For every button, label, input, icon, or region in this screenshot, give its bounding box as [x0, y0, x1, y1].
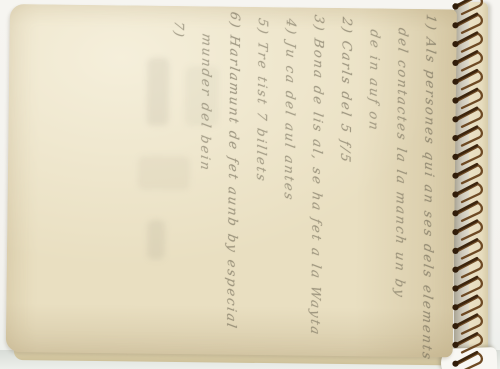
notebook-photo: 1) Als persones qui an ses dels elements…: [0, 0, 500, 369]
spiral-coil: [452, 89, 481, 108]
notebook-page: 1) Als persones qui an ses dels elements…: [6, 4, 457, 357]
spiral-coil: [452, 239, 481, 258]
handwritten-line: 6) Harlamunt de fet aunb by especial: [216, 9, 248, 366]
spiral-coil: [452, 51, 481, 70]
spiral-coil: [452, 352, 481, 369]
handwritten-line: munder del bein: [188, 31, 220, 366]
spiral-coil: [452, 277, 481, 296]
spiral-binding: [440, 0, 500, 369]
spiral-coil: [452, 33, 481, 52]
handwriting-block: 1) Als persones qui an ses dels elements…: [160, 11, 444, 366]
spiral-coil: [452, 258, 481, 277]
spiral-coil: [452, 183, 481, 202]
handwritten-line: 7): [160, 18, 192, 365]
spiral-coil: [452, 108, 481, 127]
spiral-coil: [452, 14, 481, 33]
spiral-coil: [452, 296, 481, 315]
handwritten-line: 3) Bona de lis al, se ha fet a la Wayta: [300, 12, 332, 367]
spiral-coil: [452, 221, 481, 240]
spiral-coil: [452, 127, 481, 146]
spiral-coil: [452, 333, 481, 352]
spiral-coil: [452, 202, 481, 221]
handwritten-line: 4) Ju ca del aul antes: [272, 16, 304, 367]
spiral-coil: [452, 145, 481, 164]
handwritten-line: 5) Tre tist 7 billets: [244, 15, 276, 366]
spiral-coil: [452, 164, 481, 183]
spiral-coil: [452, 0, 481, 14]
spiral-coil: [452, 315, 481, 334]
spiral-coil: [452, 70, 481, 89]
handwritten-line: de in auf on: [356, 27, 388, 368]
handwritten-line: del contactes la la manch un by: [384, 25, 416, 368]
handwritten-line: 2) Carls del 5 f/5: [328, 14, 360, 367]
